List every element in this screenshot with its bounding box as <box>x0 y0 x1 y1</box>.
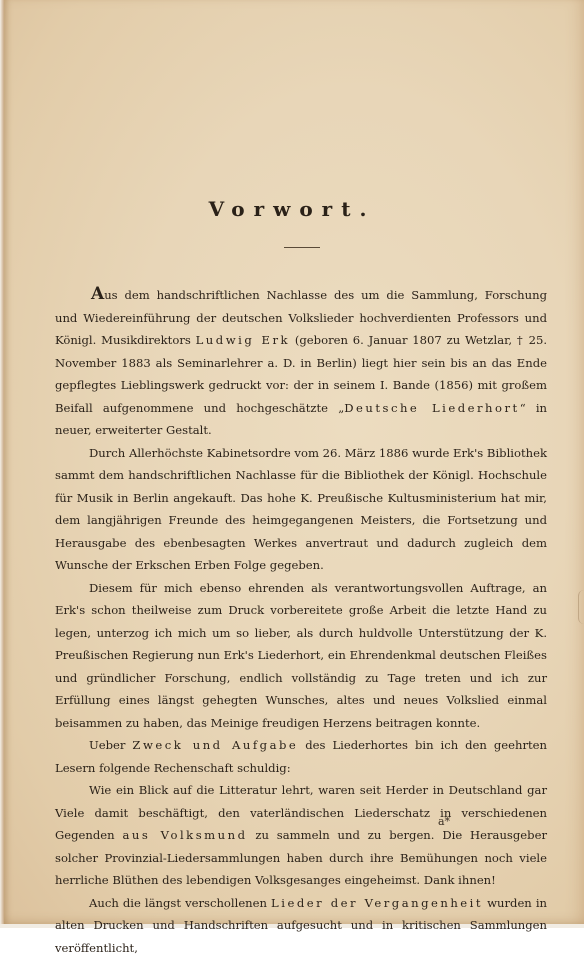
page-title: Vorwort. <box>0 197 584 221</box>
paragraph: Auch die längst verschollenen Lieder der… <box>55 892 547 929</box>
title-divider <box>284 247 320 248</box>
paragraph: Wie ein Blick auf die Litteratur lehrt, … <box>55 779 547 892</box>
emphasized-text: Lieder der Vergangenheit <box>271 896 483 910</box>
emphasized-text: Ludwig Erk <box>196 333 290 347</box>
preface-body: Aus dem handschriftlichen Nachlasse des … <box>55 283 547 928</box>
text-segment: Auch die längst verschollenen <box>89 896 271 910</box>
paragraph: Durch Allerhöchste Kabinetsordre vom 26.… <box>55 442 547 577</box>
emphasized-text: Zweck und Aufgabe <box>132 738 298 752</box>
signature-mark: a* <box>438 815 450 828</box>
emphasized-text: aus Volksmund <box>122 828 247 842</box>
paragraph: Ueber Zweck und Aufgabe des Liederhortes… <box>55 734 547 779</box>
text-segment: Diesem für mich ebenso ehrenden als vera… <box>55 581 547 730</box>
text-segment: Ueber <box>89 738 132 752</box>
margin-bracket-mark <box>578 590 584 624</box>
paragraph: Diesem für mich ebenso ehrenden als vera… <box>55 577 547 735</box>
text-segment: Durch Allerhöchste Kabinetsordre vom 26.… <box>55 446 547 573</box>
drop-cap: A <box>91 284 104 304</box>
emphasized-text: Deutsche Liederhort <box>344 401 520 415</box>
paragraph: Aus dem handschriftlichen Nachlasse des … <box>55 283 547 442</box>
